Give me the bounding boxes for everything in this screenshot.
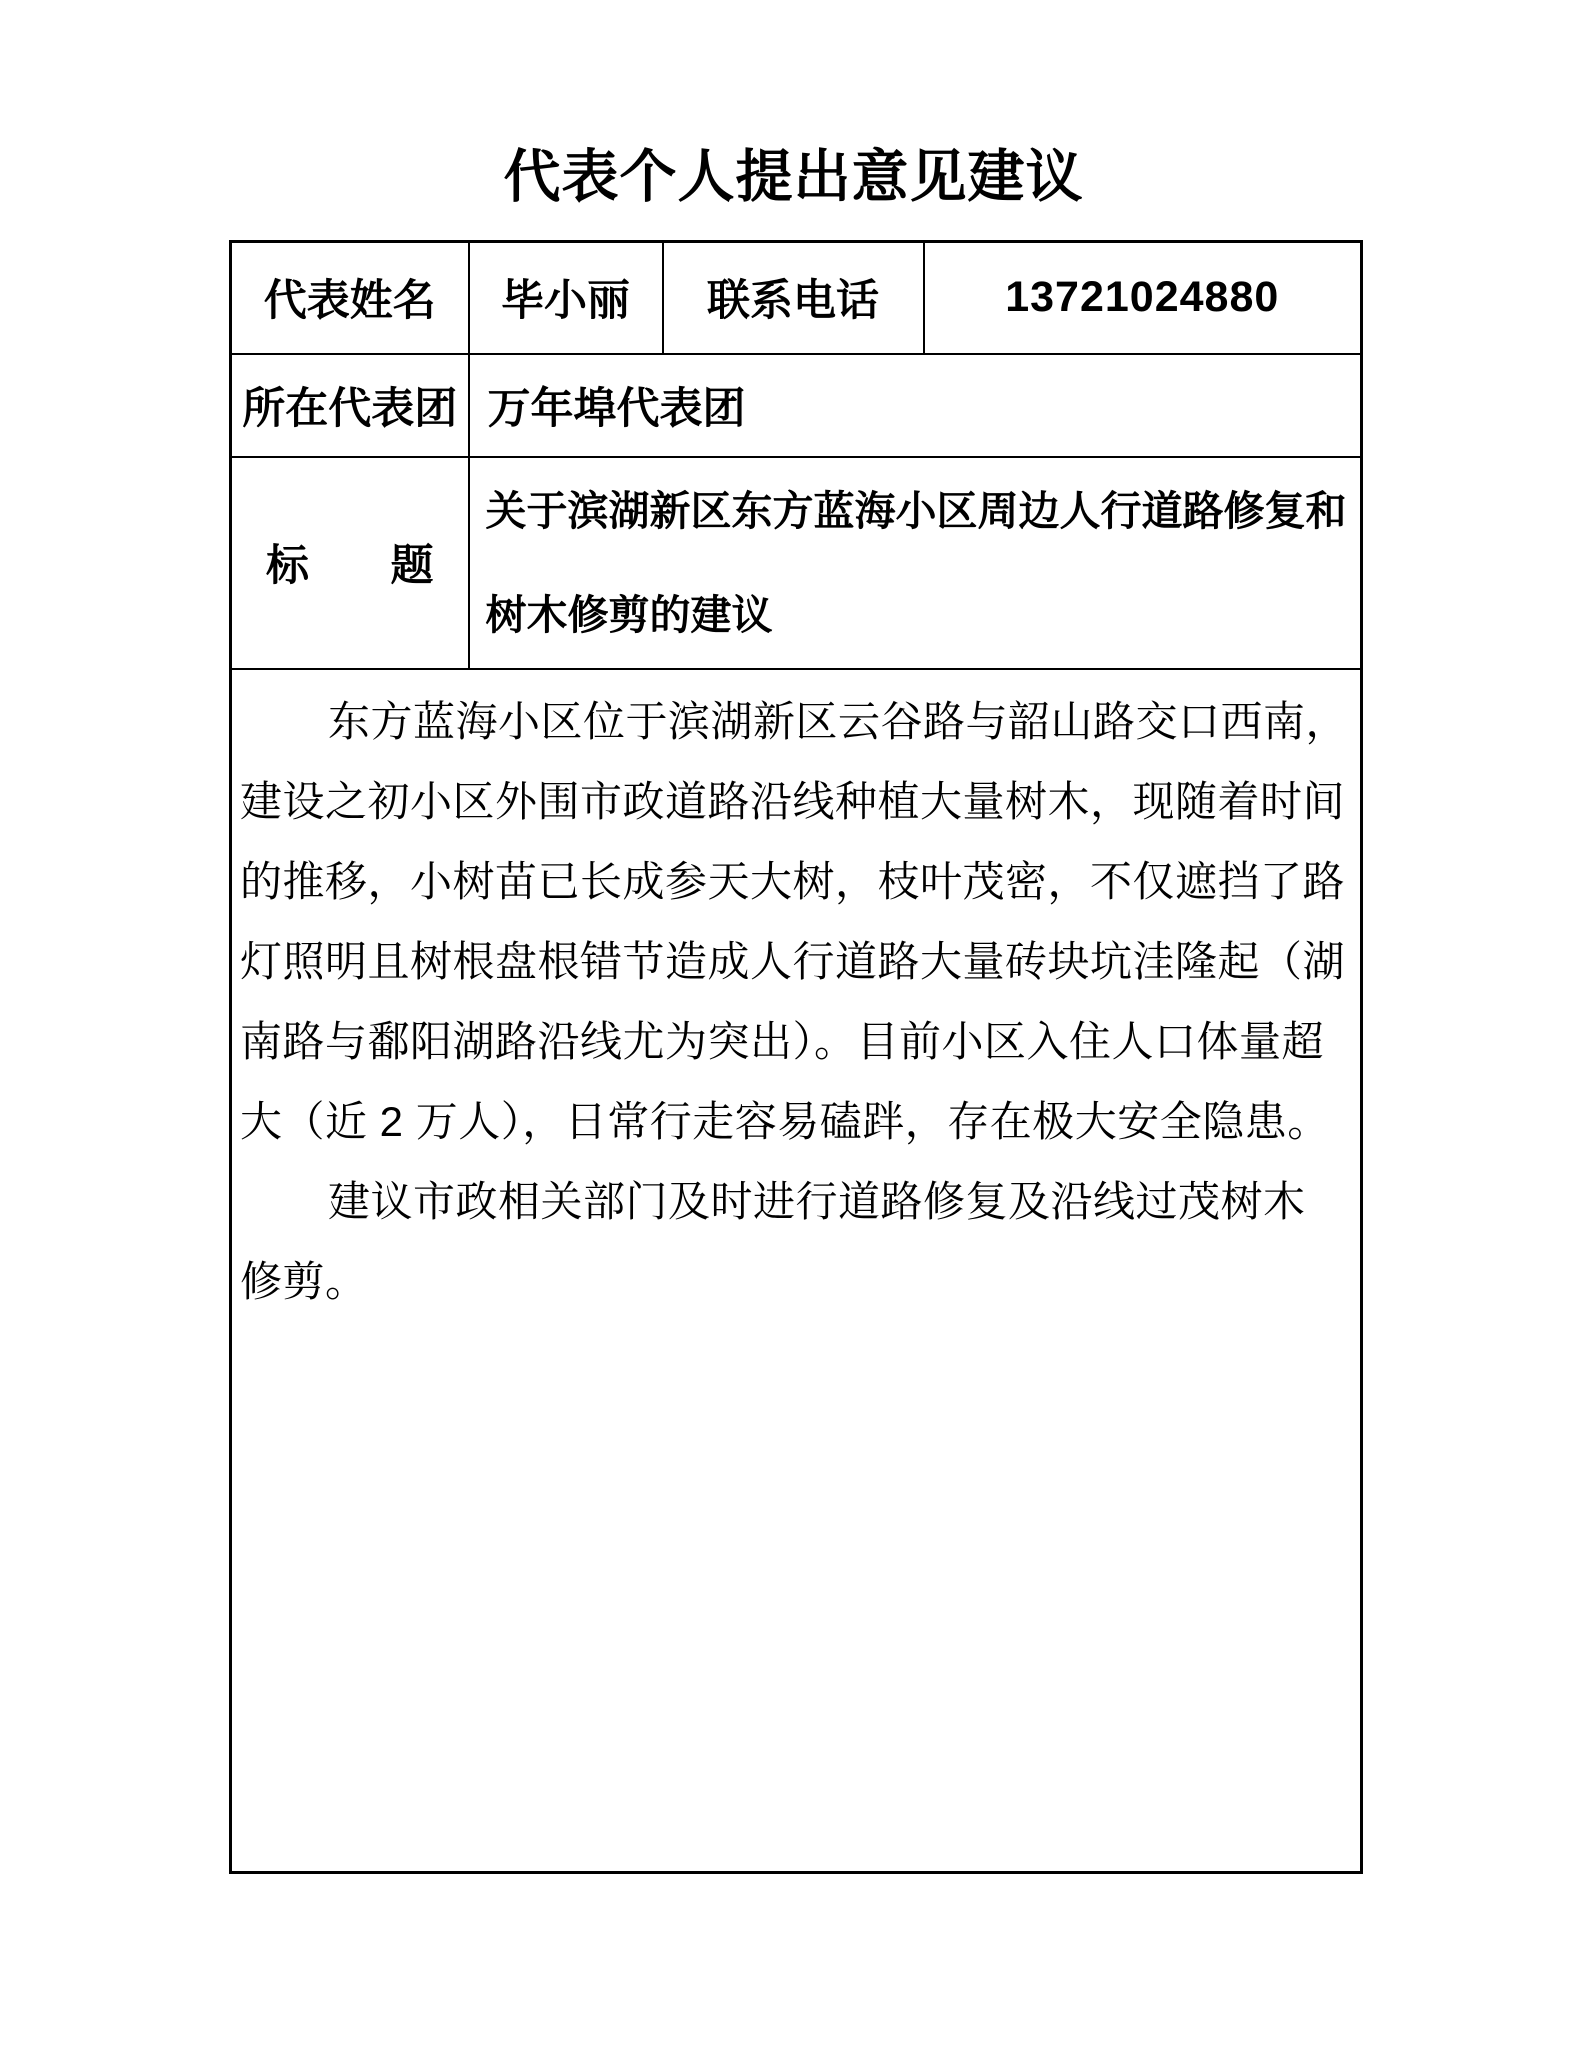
phone-value: 13721024880 xyxy=(924,242,1362,354)
body-line: 建议市政相关部门及时进行道路修复及沿线过茂树木 xyxy=(240,1162,1352,1242)
suggestion-form-table: 代表姓名 毕小丽 联系电话 13721024880 所在代表团 万年埠代表团 标… xyxy=(229,240,1363,1874)
table-row-representative: 代表姓名 毕小丽 联系电话 13721024880 xyxy=(231,242,1362,354)
body-line: 南路与鄱阳湖路沿线尤为突出）。目前小区入住人口体量超 xyxy=(240,1002,1352,1082)
title-label-text: 标 题 xyxy=(266,532,434,593)
body-line: 的推移，小树苗已长成参天大树，枝叶茂密，不仅遮挡了路 xyxy=(240,842,1352,922)
body-line: 东方蓝海小区位于滨湖新区云谷路与韶山路交口西南， xyxy=(240,682,1352,762)
table-row-body: 东方蓝海小区位于滨湖新区云谷路与韶山路交口西南， 建设之初小区外围市政道路沿线种… xyxy=(231,669,1362,1873)
title-line: 关于滨湖新区东方蓝海小区周边人行道路修复和 xyxy=(486,459,1361,563)
body-line: 建设之初小区外围市政道路沿线种植大量树木，现随着时间 xyxy=(240,762,1352,842)
body-line: 大（近 2 万人），日常行走容易磕跘，存在极大安全隐患。 xyxy=(240,1082,1352,1162)
body-line: 修剪。 xyxy=(240,1242,1352,1322)
title-value: 关于滨湖新区东方蓝海小区周边人行道路修复和 树木修剪的建议 xyxy=(469,457,1362,669)
table-row-delegation: 所在代表团 万年埠代表团 xyxy=(231,354,1362,457)
title-label-char-2: 题 xyxy=(391,532,434,593)
title-line: 树木修剪的建议 xyxy=(486,563,1361,667)
title-label-char-1: 标 xyxy=(266,532,309,593)
rep-name-label: 代表姓名 xyxy=(231,242,469,354)
page-title: 代表个人提出意见建议 xyxy=(0,146,1587,208)
body-line: 灯照明且树根盘根错节造成人行道路大量砖块坑洼隆起（湖 xyxy=(240,922,1352,1002)
body-cell: 东方蓝海小区位于滨湖新区云谷路与韶山路交口西南， 建设之初小区外围市政道路沿线种… xyxy=(231,669,1362,1873)
document-page: 代表个人提出意见建议 代表姓名 毕小丽 联系电话 13721024880 所在代… xyxy=(0,0,1587,2058)
table-row-title: 标 题 关于滨湖新区东方蓝海小区周边人行道路修复和 树木修剪的建议 xyxy=(231,457,1362,669)
delegation-label: 所在代表团 xyxy=(231,354,469,457)
title-label: 标 题 xyxy=(231,457,469,669)
delegation-value: 万年埠代表团 xyxy=(469,354,1362,457)
phone-label: 联系电话 xyxy=(663,242,924,354)
rep-name-value: 毕小丽 xyxy=(469,242,663,354)
